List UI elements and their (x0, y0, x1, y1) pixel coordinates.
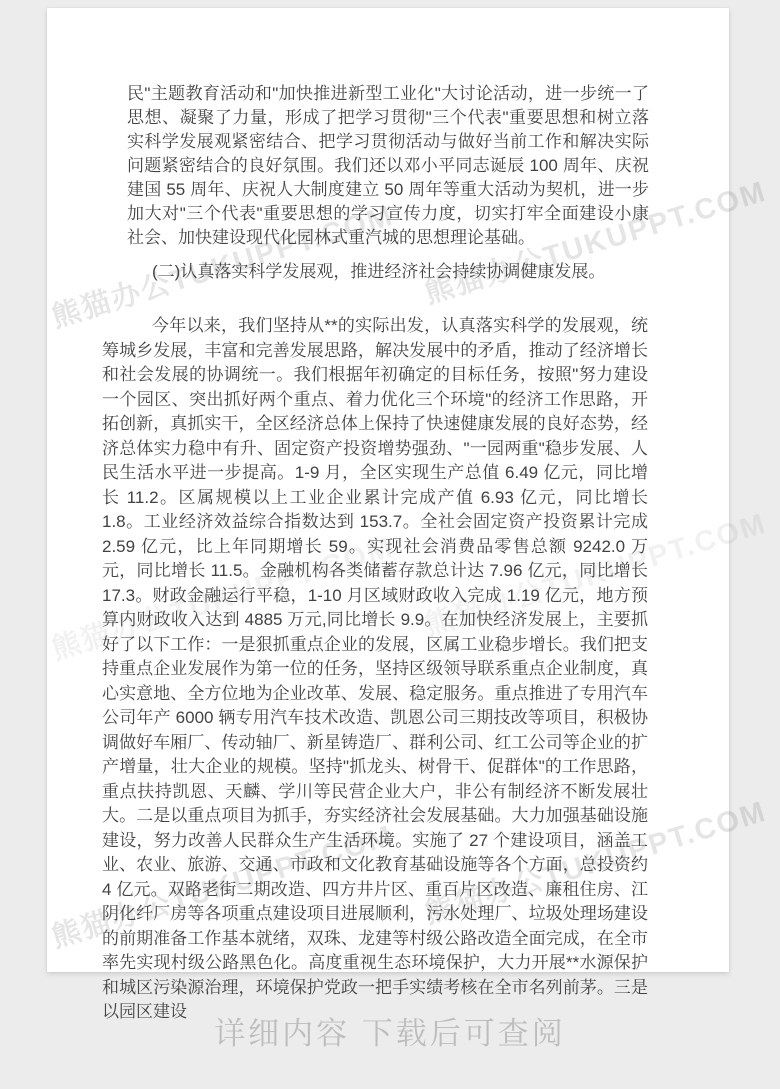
document-page: 民"主题教育活动和"加快推进新型工业化"大讨论活动，进一步统一了思想、凝聚了力量… (47, 8, 729, 972)
section-heading: (二)认真落实科学发展观，推进经济社会持续协调健康发展。 (102, 260, 648, 284)
paragraph-continuation: 民"主题教育活动和"加快推进新型工业化"大讨论活动，进一步统一了思想、凝聚了力量… (127, 82, 649, 250)
paragraph-body: 今年以来，我们坚持从**的实际出发，认真落实科学的发展观，统筹城乡发展，丰富和完… (102, 314, 648, 1025)
